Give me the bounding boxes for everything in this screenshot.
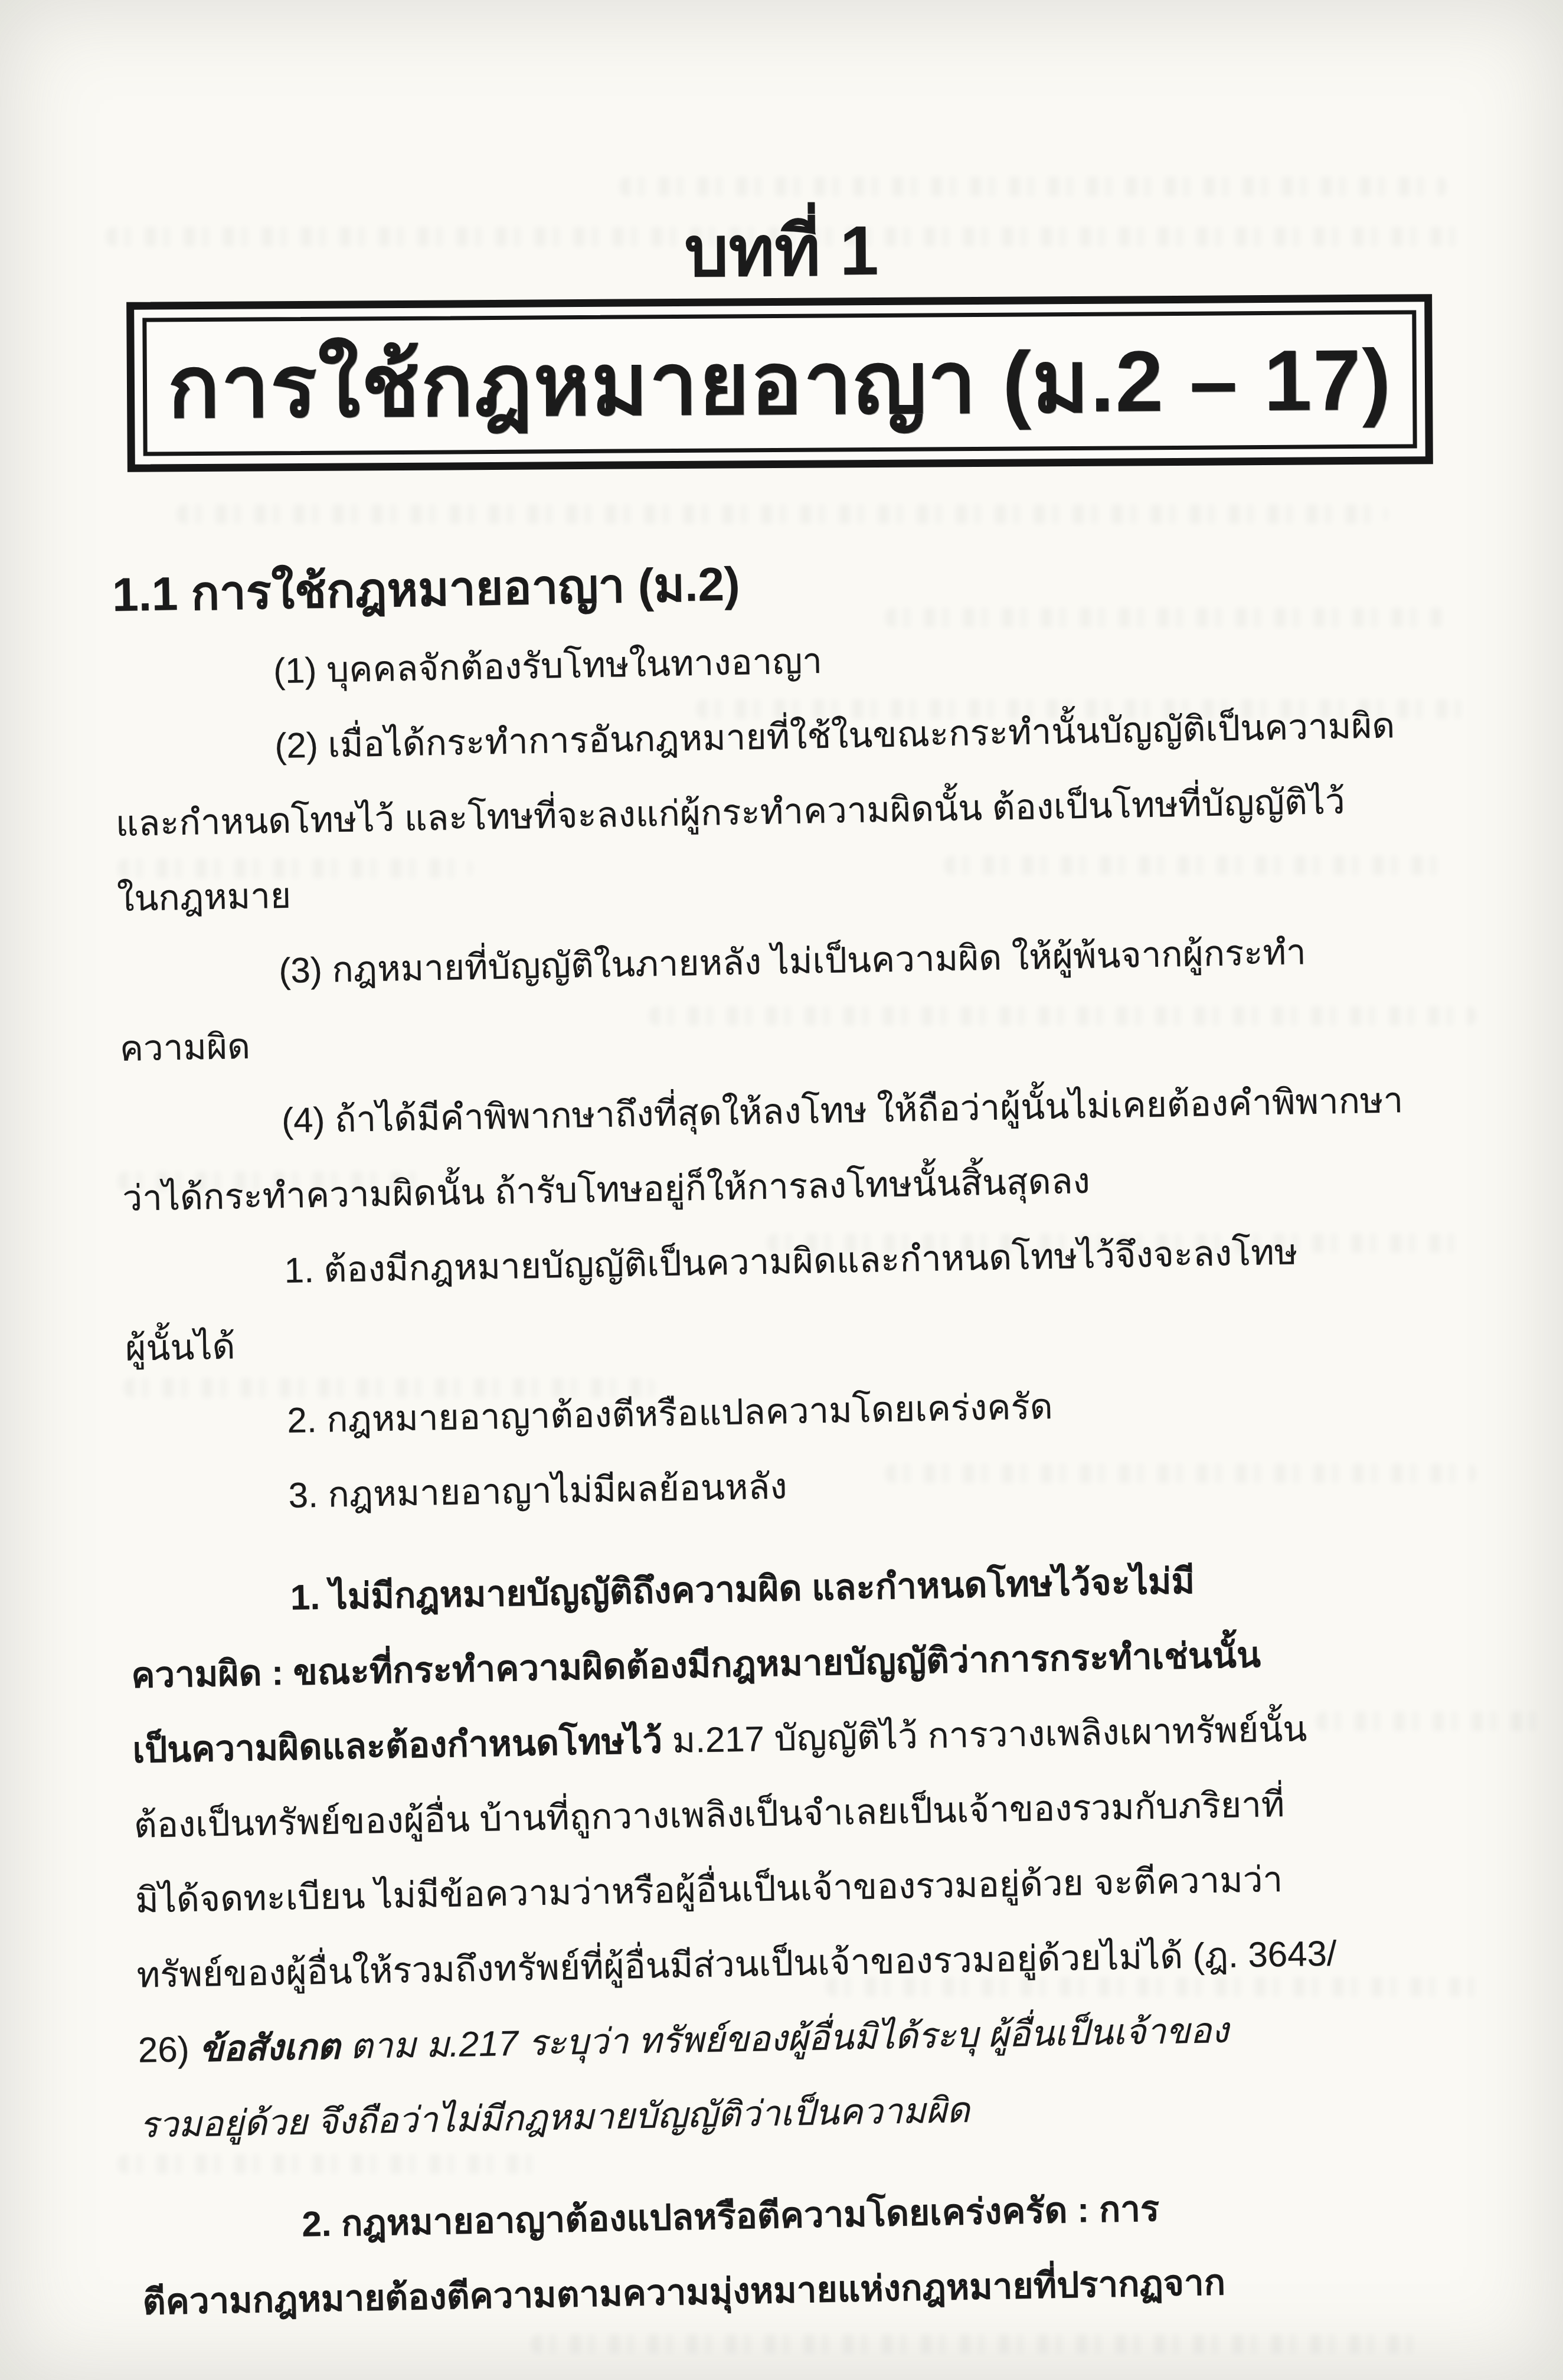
body-lines: (1) บุคคลจักต้องรับโทษในทางอาญา(2) เมื่อ… xyxy=(112,612,1500,2340)
text-run: ข้อสังเกต xyxy=(199,2026,341,2068)
text-run: ว่าได้กระทำความผิดนั้น ถ้ารับโทษอยู่ก็ให… xyxy=(122,1161,1090,1218)
text-run: (3) กฎหมายที่บัญญัติในภายหลัง ไม่เป็นควา… xyxy=(279,932,1306,990)
text-run: 26) xyxy=(138,2029,200,2070)
text-run: (4) ถ้าได้มีคำพิพากษาถึงที่สุดให้ลงโทษ ใ… xyxy=(281,1080,1403,1140)
section-heading: 1.1 การใช้กฎหมายอาญา (ม.2) xyxy=(112,546,741,632)
text-run: (2) เมื่อได้กระทำการอันกฎหมายที่ใช้ในขณะ… xyxy=(274,705,1395,766)
text-run: 1. ต้องมีกฎหมายบัญญัติเป็นความผิดและกำหน… xyxy=(284,1232,1298,1290)
chapter-title-box: การใช้กฎหมายอาญา (ม.2 – 17) xyxy=(126,294,1433,472)
text-run: ม.217 บัญญัติไว้ การวางเพลิงเผาทรัพย์นั้… xyxy=(662,1709,1307,1760)
text-run: ตีความกฎหมายต้องตีความตามความมุ่งหมายแห่… xyxy=(142,2263,1225,2322)
text-run: เป็นความผิดและต้องกำหนดโทษไว้ xyxy=(132,1721,663,1770)
chapter-title-box-inner-border: การใช้กฎหมายอาญา (ม.2 – 17) xyxy=(142,310,1417,456)
text-run: มิได้จดทะเบียน ไม่มีข้อความว่าหรือผู้อื่… xyxy=(135,1859,1283,1920)
text-run: ต้องเป็นทรัพย์ของผู้อื่น บ้านที่ถูกวางเพ… xyxy=(133,1784,1285,1845)
text-run: 3. กฎหมายอาญาไม่มีผลย้อนหลัง xyxy=(288,1466,787,1515)
text-run: ความผิด : ขณะที่กระทำความผิดต้องมีกฎหมาย… xyxy=(131,1635,1261,1695)
chapter-box-title: การใช้กฎหมายอาญา (ม.2 – 17) xyxy=(167,311,1392,456)
chapter-title: บทที่ 1 xyxy=(0,189,1563,311)
bleed-through-artifact xyxy=(177,505,1387,524)
text-run: 2. กฎหมายอาญาต้องตีหรือแปลความโดยเคร่งคร… xyxy=(287,1387,1053,1440)
scanned-book-page: บทที่ 1 การใช้กฎหมายอาญา (ม.2 – 17) 1.1 … xyxy=(0,0,1563,2380)
text-run: รวมอยู่ด้วย จึงถือว่าไม่มีกฎหมายบัญญัติว… xyxy=(139,2090,970,2145)
text-run: (1) บุคคลจักต้องรับโทษในทางอาญา xyxy=(273,641,823,691)
text-run: 1. ไม่มีกฎหมายบัญญัติถึงความผิด และกำหนด… xyxy=(290,1561,1195,1617)
text-run: และกำหนดโทษไว้ และโทษที่จะลงแก่ผู้กระทำค… xyxy=(115,782,1345,844)
text-run: ผู้นั้นได้ xyxy=(125,1326,236,1368)
text-run: ความผิด xyxy=(119,1026,250,1068)
text-run: 2. กฎหมายอาญาต้องแปลหรือตีความโดยเคร่งคร… xyxy=(302,2189,1160,2244)
text-run: ในกฎหมาย xyxy=(117,876,292,918)
bleed-through-artifact xyxy=(531,2335,1417,2353)
text-run: ตาม ม.217 ระบุว่า ทรัพย์ของผู้อื่นมิได้ร… xyxy=(339,2010,1229,2067)
text-run: ทรัพย์ของผู้อื่นให้รวมถึงทรัพย์ที่ผู้อื่… xyxy=(136,1933,1337,1995)
